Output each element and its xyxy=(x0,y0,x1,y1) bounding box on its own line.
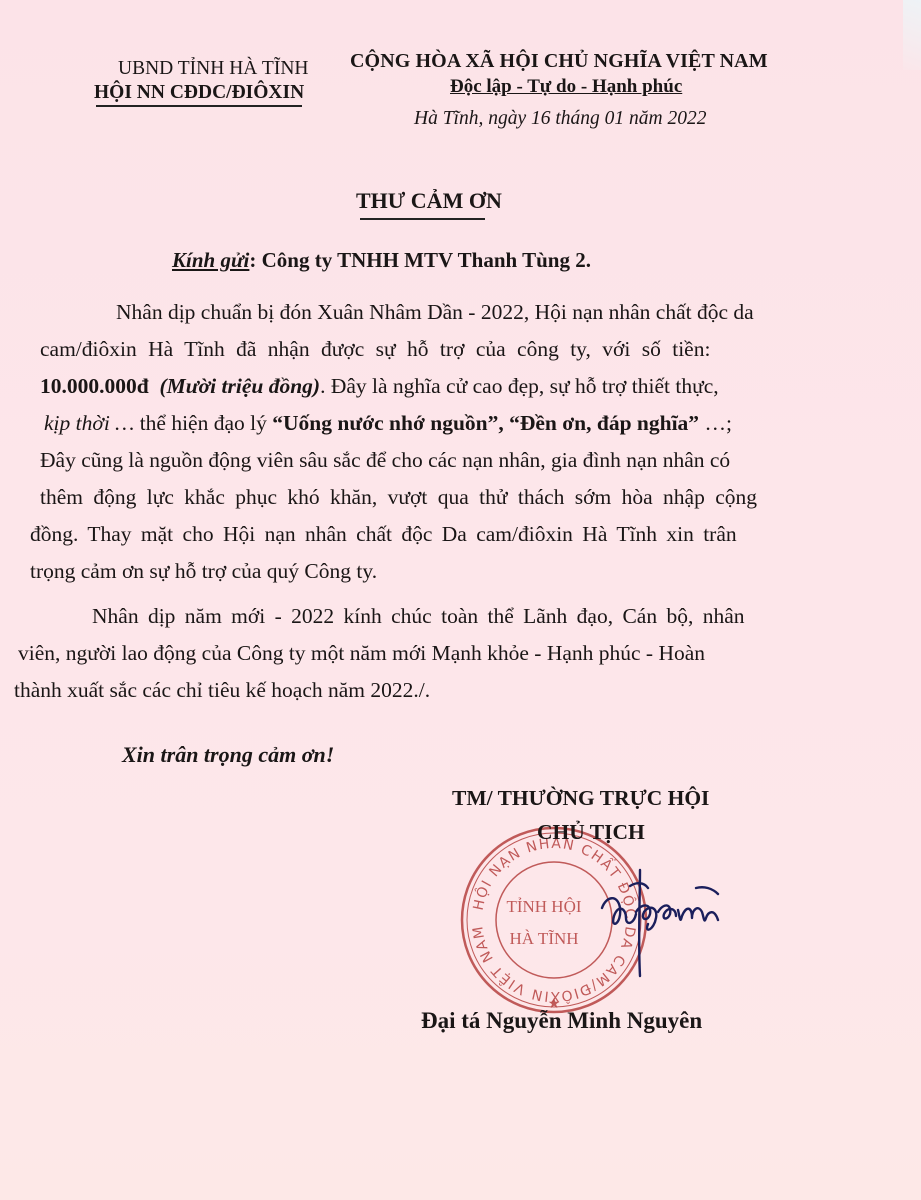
donation-amount-words: (Mười triệu đồng) xyxy=(159,374,320,398)
p1-line-3: 10.000.000đ (Mười triệu đồng). Đây là ng… xyxy=(40,374,719,399)
p1-line-5: Đây cũng là nguồn động viên sâu sắc để c… xyxy=(40,448,730,473)
p2-line-1: Nhân dịp năm mới - 2022 kính chúc toàn t… xyxy=(92,604,745,629)
donation-amount: 10.000.000đ xyxy=(40,374,149,398)
seal-center-line-1: TỈNH HỘI xyxy=(506,897,581,916)
title-underline xyxy=(360,218,485,220)
seal-center-line-2: HÀ TĨNH xyxy=(509,929,578,948)
p1-line-2: cam/điôxin Hà Tĩnh đã nhận được sự hỗ tr… xyxy=(40,337,899,362)
recipient-label: Kính gửi xyxy=(172,248,249,272)
p2-line-2: viên, người lao động của Công ty một năm… xyxy=(18,641,705,666)
agency-name: UBND TỈNH HÀ TĨNH xyxy=(118,58,308,80)
signer-name: Đại tá Nguyễn Minh Nguyên xyxy=(421,1008,702,1034)
p1-line-8: trọng cảm ơn sự hỗ trợ của quý Công ty. xyxy=(30,559,377,584)
paper-edge xyxy=(903,0,921,70)
national-title: CỘNG HÒA XÃ HỘI CHỦ NGHĨA VIỆT NAM xyxy=(350,50,768,73)
recipient-name: Công ty TNHH MTV Thanh Tùng 2. xyxy=(256,248,591,272)
p1-line-6: thêm động lực khắc phục khó khăn, vượt q… xyxy=(40,485,757,510)
p1-line-7: đồng. Thay mặt cho Hội nạn nhân chất độc… xyxy=(30,522,737,547)
quote-den-on: “Đền ơn, đáp nghĩa” xyxy=(509,411,699,435)
p1-line-4: kịp thời … thể hiện đạo lý “Uống nước nh… xyxy=(44,411,732,436)
handwritten-signature-icon xyxy=(600,868,730,978)
signature-title: CHỦ TỊCH xyxy=(537,820,645,845)
p1-line-1: Nhân dịp chuẩn bị đón Xuân Nhâm Dần - 20… xyxy=(116,300,754,325)
p1-line-4-end: …; xyxy=(699,411,732,435)
p1-line-2-text: cam/điôxin Hà Tĩnh đã nhận được sự hỗ tr… xyxy=(40,337,710,362)
closing-line: Xin trân trọng cảm ơn! xyxy=(122,742,334,768)
organization-name: HỘI NN CĐDC/ĐIÔXIN xyxy=(94,82,304,104)
p1-line-4-comma: , xyxy=(498,411,509,435)
document-title: THƯ CẢM ƠN xyxy=(356,188,502,214)
p1-line-4-b: thể hiện đạo lý xyxy=(134,411,272,435)
p1-line-4-a: kịp thời … xyxy=(44,411,134,435)
place-date: Hà Tĩnh, ngày 16 tháng 01 năm 2022 xyxy=(414,108,707,130)
quote-uong-nuoc: “Uống nước nhớ nguồn” xyxy=(272,411,498,435)
org-underline xyxy=(96,105,302,107)
national-motto: Độc lập - Tự do - Hạnh phúc xyxy=(450,76,682,98)
recipient-line: Kính gửi: Công ty TNHH MTV Thanh Tùng 2. xyxy=(172,248,591,273)
p2-line-3: thành xuất sắc các chỉ tiêu kế hoạch năm… xyxy=(14,678,430,703)
p1-line-3-rest: . Đây là nghĩa cử cao đẹp, sự hỗ trợ thi… xyxy=(320,374,719,398)
signature-role: TM/ THƯỜNG TRỰC HỘI xyxy=(452,786,709,811)
